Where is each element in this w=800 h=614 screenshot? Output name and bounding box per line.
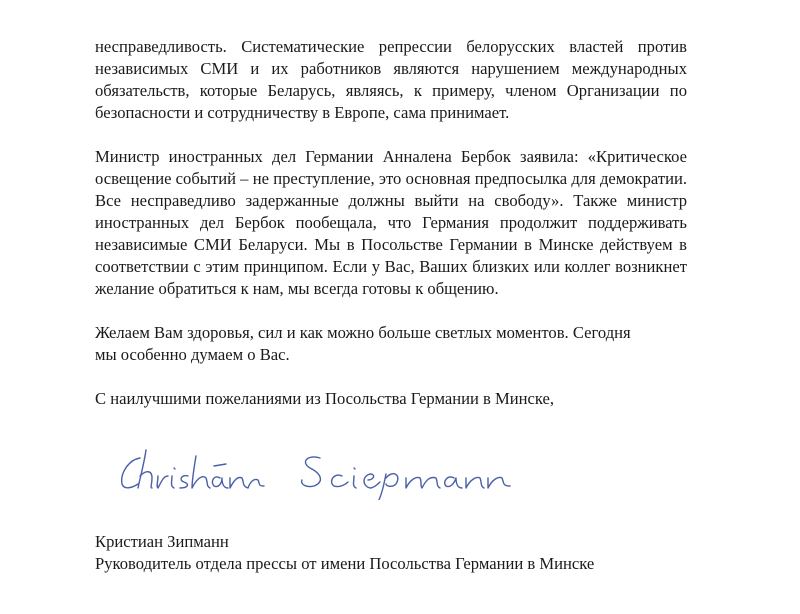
letter-body: несправедливость. Систематические репрес… [95,36,687,432]
signer-block: Кристиан Зипманн Руководитель отдела пре… [95,531,594,575]
paragraph-closing: С наилучшими пожеланиями из Посольства Г… [95,388,687,410]
paragraph-minister-statement: Министр иностранных дел Германии Аннален… [95,146,687,300]
paragraph-repressions: несправедливость. Систематические репрес… [95,36,687,124]
signer-name: Кристиан Зипманн [95,531,594,553]
paragraph-wishes: Желаем Вам здоровья, сил и как можно бол… [95,322,655,366]
signer-title: Руководитель отдела прессы от имени Посо… [95,553,594,575]
handwritten-signature [110,440,530,500]
